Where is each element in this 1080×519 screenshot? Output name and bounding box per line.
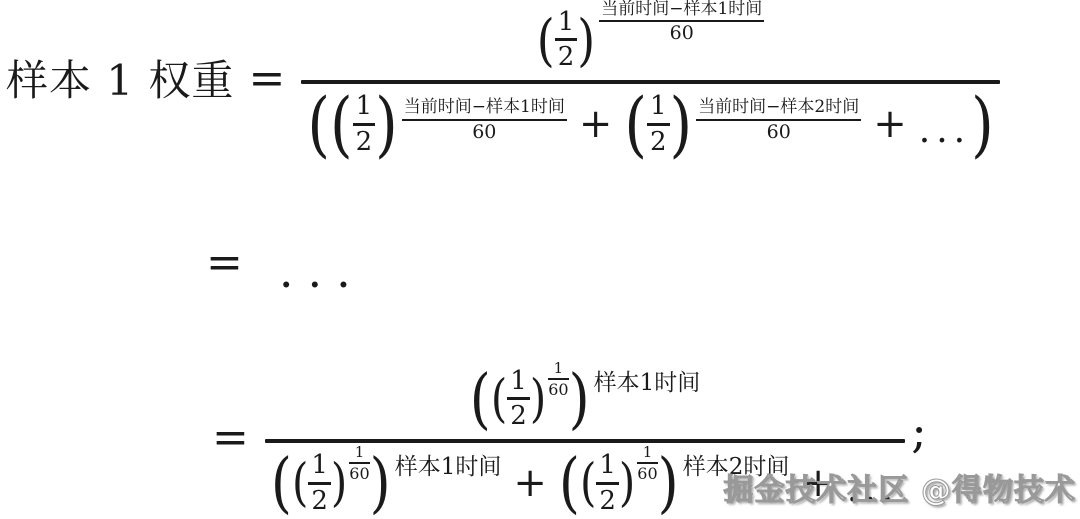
exponent-denominator: 60 <box>472 122 496 144</box>
close-paren-icon: ) <box>331 457 347 508</box>
half-numerator: 1 <box>647 92 670 121</box>
exponent-fraction: 1 60 <box>349 444 369 484</box>
nested-power-term: ( ( 1 2 ) 1 60 <box>271 451 501 515</box>
exponent-numerator: 当前时间−样本1时间 <box>599 0 764 19</box>
open-paren-icon: ( <box>580 457 596 508</box>
half-numerator: 1 <box>353 92 376 121</box>
fraction-bar <box>308 482 331 485</box>
exponent-fraction: 当前时间−样本2时间 60 <box>696 98 861 143</box>
one-half-fraction: 1 2 <box>353 92 376 156</box>
fraction-bar <box>647 123 670 126</box>
open-paren-icon: ( <box>470 366 491 432</box>
close-paren-icon: ) <box>370 450 391 516</box>
exponent-numerator: 1 <box>552 360 566 377</box>
half-numerator: 1 <box>596 451 619 480</box>
plus-sign: + <box>579 101 613 147</box>
close-paren-icon: ) <box>577 12 595 68</box>
watermark: 掘金技术社区 @得物技术 <box>724 465 1076 509</box>
one-half-fraction: 1 2 <box>647 92 670 156</box>
equals-sign: = <box>248 53 285 104</box>
one-half-fraction: 1 2 <box>507 367 530 431</box>
half-denominator: 2 <box>555 43 578 72</box>
close-paren-icon: ) <box>619 457 635 508</box>
exponent: 1 60 <box>548 360 568 400</box>
exponent-denominator: 60 <box>349 465 369 483</box>
exponent-denominator: 60 <box>670 23 694 45</box>
nested-power-term: ( ( 1 2 ) 1 60 <box>470 367 700 431</box>
open-paren-icon: ( <box>491 373 507 424</box>
close-paren-icon: ) <box>971 89 994 160</box>
one-half-fraction: 1 2 <box>596 451 619 515</box>
close-paren-icon: ) <box>670 89 693 160</box>
close-paren-icon: ) <box>658 450 679 516</box>
plus-sign: + <box>873 101 907 147</box>
half-power-term: ( 1 2 ) 1 60 <box>491 367 569 431</box>
exponent-fraction: 1 60 <box>548 360 568 400</box>
fraction-bar <box>555 38 578 41</box>
ellipsis: ... <box>919 110 971 151</box>
open-paren-icon: ( <box>307 89 330 160</box>
close-paren-icon: ) <box>569 366 590 432</box>
open-paren-icon: ( <box>271 450 292 516</box>
half-power-term: ( 1 2 ) 当前时间−样本1时间 60 <box>537 8 765 72</box>
semicolon: ; <box>911 404 927 458</box>
open-paren-icon: ( <box>330 89 353 160</box>
exponent-denominator: 60 <box>637 465 657 483</box>
half-numerator: 1 <box>308 451 331 480</box>
exponent-numerator: 1 <box>353 444 367 461</box>
exponent-numerator: 当前时间−样本1时间 <box>402 98 567 118</box>
equals-sign: = <box>212 412 249 463</box>
fraction-1-denominator: ( ( 1 2 ) 当前时间−样本1时间 60 <box>301 84 999 158</box>
exponent-fraction: 1 60 <box>637 444 657 484</box>
fraction-bar <box>353 123 376 126</box>
exponent: 1 60 <box>349 444 369 484</box>
lhs-label: 样本 1 权重 <box>6 48 234 108</box>
fraction-bar <box>507 397 530 400</box>
exponent: 当前时间−样本2时间 60 <box>696 98 861 143</box>
one-half-fraction: 1 2 <box>308 451 331 515</box>
half-numerator: 1 <box>555 8 578 37</box>
exponent: 1 60 <box>637 444 657 484</box>
half-power-term: ( 1 2 ) 1 60 <box>292 451 370 515</box>
formula-line-2: = ... <box>206 234 365 290</box>
one-half-fraction: 1 2 <box>555 8 578 72</box>
close-paren-icon: ) <box>375 89 398 160</box>
open-paren-icon: ( <box>292 457 308 508</box>
fraction-1-numerator: ( 1 2 ) 当前时间−样本1时间 60 <box>531 0 771 80</box>
half-denominator: 2 <box>507 402 530 431</box>
exponent-denominator: 60 <box>767 122 791 144</box>
equals-sign: = <box>206 237 243 288</box>
exponent: 样本1时间 <box>594 364 701 397</box>
exponent-fraction: 当前时间−样本1时间 60 <box>402 98 567 143</box>
half-denominator: 2 <box>596 487 619 516</box>
exponent-fraction: 当前时间−样本1时间 60 <box>599 0 764 45</box>
formula-image: 样本 1 权重 = ( 1 2 ) 当前时间−样本1时间 <box>0 0 1080 519</box>
half-denominator: 2 <box>647 128 670 157</box>
half-power-term: ( 1 2 ) 当前时间−样本1时间 60 <box>330 92 567 156</box>
exponent-denominator: 60 <box>548 381 568 399</box>
half-denominator: 2 <box>308 487 331 516</box>
exponent: 当前时间−样本1时间 60 <box>402 98 567 143</box>
open-paren-icon: ( <box>624 89 647 160</box>
open-paren-icon: ( <box>559 450 580 516</box>
main-fraction-1: ( 1 2 ) 当前时间−样本1时间 60 <box>301 0 999 158</box>
fraction-bar <box>596 482 619 485</box>
plus-sign: + <box>513 460 547 506</box>
fraction-2-numerator: ( ( 1 2 ) 1 60 <box>464 357 706 439</box>
exponent: 样本1时间 <box>395 448 502 481</box>
half-power-term: ( 1 2 ) 当前时间−样本2时间 60 <box>624 92 861 156</box>
open-paren-icon: ( <box>537 12 555 68</box>
exponent-numerator: 当前时间−样本2时间 <box>696 98 861 118</box>
close-paren-icon: ) <box>530 373 546 424</box>
formula-line-1: 样本 1 权重 = ( 1 2 ) 当前时间−样本1时间 <box>6 2 1000 154</box>
half-power-term: ( 1 2 ) 1 60 <box>580 451 658 515</box>
exponent-numerator: 1 <box>641 444 655 461</box>
exponent: 当前时间−样本1时间 60 <box>599 0 764 45</box>
half-denominator: 2 <box>353 128 376 157</box>
half-numerator: 1 <box>507 367 530 396</box>
ellipsis: ... <box>279 244 365 298</box>
